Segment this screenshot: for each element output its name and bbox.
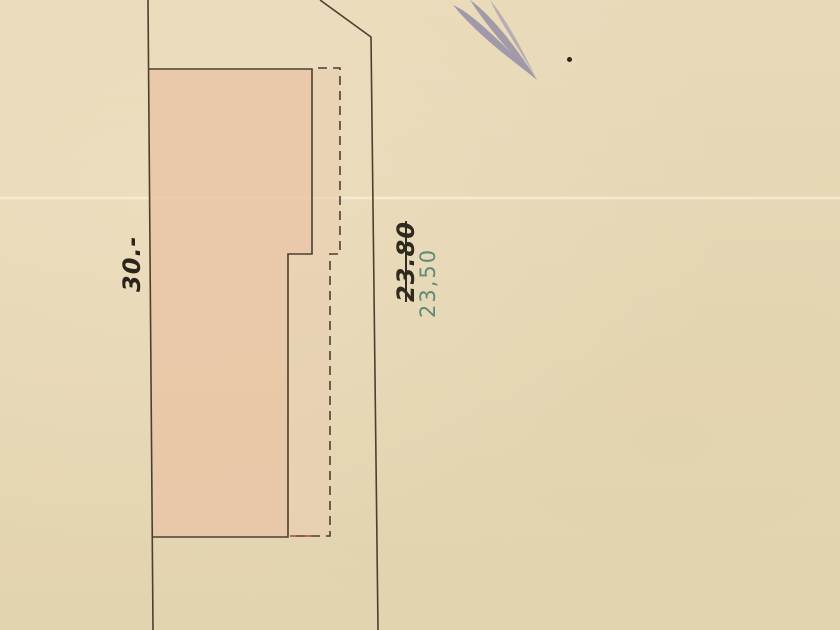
site-plan-sheet: 30.- 23.80 23,50 <box>0 0 840 630</box>
north-arrow-icon <box>453 0 537 80</box>
ink-dot <box>567 57 572 62</box>
right-dimension-corrected-label: 23,50 <box>416 248 440 318</box>
left-dimension-label: 30.- <box>118 236 146 292</box>
